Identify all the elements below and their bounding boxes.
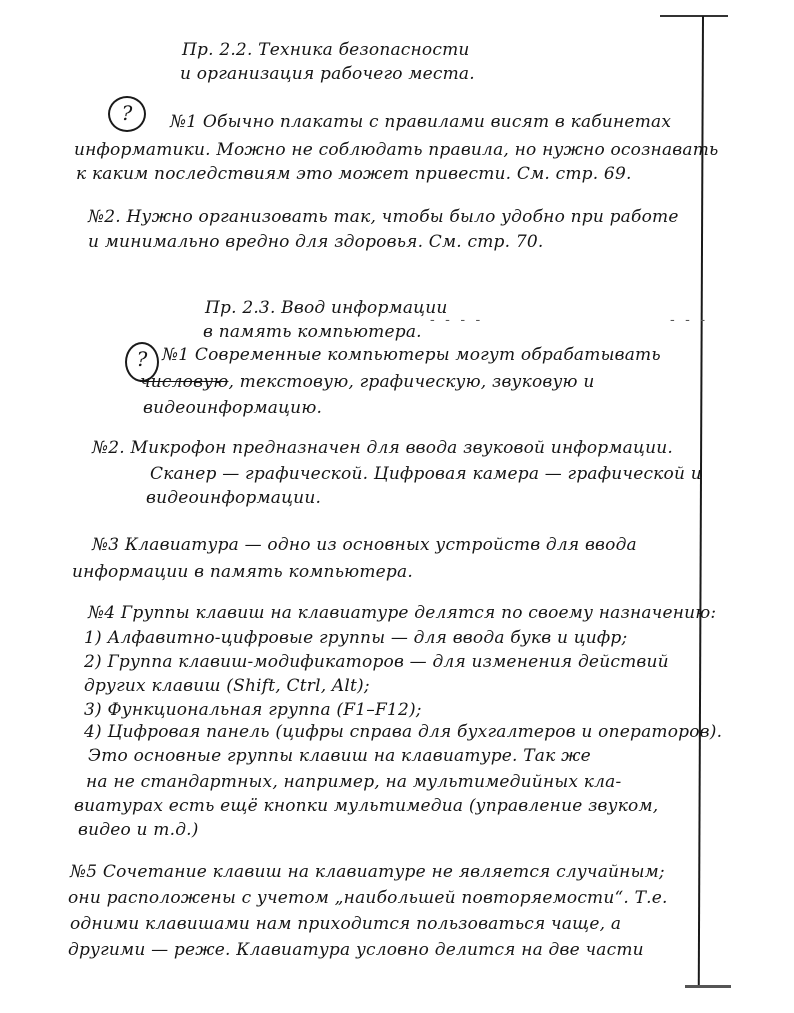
margin-line <box>698 16 704 986</box>
question-mark-icon: ? <box>108 96 146 132</box>
s23-item4-line7: Это основные группы клавиш на клавиатуре… <box>88 746 591 766</box>
s23-item1-line1: №1 Современные компьютеры могут обрабаты… <box>162 345 661 365</box>
s23-item4-line1: №4 Группы клавиш на клавиатуре делятся п… <box>88 603 716 623</box>
dotted-mark: - - - - <box>430 312 483 328</box>
section-2-3-title-line2: в память компьютера. <box>203 322 422 342</box>
section-2-2-title-line1: Пр. 2.2. Техника безопасности <box>182 40 470 60</box>
margin-bottom-tick <box>685 985 731 988</box>
s22-item2-line2: и минимально вредно для здоровья. См. ст… <box>88 232 543 252</box>
struck-word: числовую <box>140 372 228 392</box>
s22-item1-line3: к каким последствиям это может привести.… <box>76 164 632 184</box>
s23-item3-line2: информации в память компьютера. <box>72 562 413 582</box>
s23-item4-line5: 3) Функциональная группа (F1–F12); <box>84 700 422 720</box>
s22-item1-line1: №1 Обычно плакаты с правилами висят в ка… <box>170 112 671 132</box>
s23-item5-line4: другими — реже. Клавиатура условно делит… <box>68 940 644 960</box>
s23-item4-line8: на не стандартных, например, на мультиме… <box>86 772 621 792</box>
s23-item5-line3: одними клавишами нам приходится пользова… <box>70 914 621 934</box>
margin-top-tick <box>660 15 728 17</box>
s23-item4-line9: виатурах есть ещё кнопки мультимедиа (уп… <box>74 796 658 816</box>
s23-item5-line1: №5 Сочетание клавиш на клавиатуре не явл… <box>70 862 665 882</box>
s23-item1-line2: числовую, текстовую, графическую, звуков… <box>140 372 594 392</box>
section-2-2-title-line2: и организация рабочего места. <box>180 64 475 84</box>
s23-item2-line2: Сканер — графической. Цифровая камера — … <box>150 464 702 484</box>
s23-item4-line4: других клавиш (Shift, Ctrl, Alt); <box>84 676 370 696</box>
s23-item1-line3: видеоинформацию. <box>143 398 322 418</box>
section-2-3-title-line1: Пр. 2.3. Ввод информации <box>205 298 448 318</box>
s23-item4-line3: 2) Группа клавиш-модификаторов — для изм… <box>84 652 669 672</box>
dotted-mark: - - - <box>670 312 708 328</box>
s23-item5-line2: они расположены с учетом „наибольшей пов… <box>68 888 668 908</box>
s22-item2-line1: №2. Нужно организовать так, чтобы было у… <box>88 207 679 227</box>
s23-item2-line1: №2. Микрофон предназначен для ввода звук… <box>92 438 673 458</box>
s23-item3-line1: №3 Клавиатура — одно из основных устройс… <box>92 535 637 555</box>
s23-item4-line2: 1) Алфавитно-цифровые группы — для ввода… <box>84 628 627 648</box>
notebook-page: Пр. 2.2. Техника безопасности и организа… <box>0 0 794 1013</box>
s23-item2-line3: видеоинформации. <box>146 488 321 508</box>
s23-item4-line6: 4) Цифровая панель (цифры справа для бух… <box>84 722 722 742</box>
s22-item1-line2: информатики. Можно не соблюдать правила,… <box>74 140 719 160</box>
s23-item4-line10: видео и т.д.) <box>78 820 199 840</box>
